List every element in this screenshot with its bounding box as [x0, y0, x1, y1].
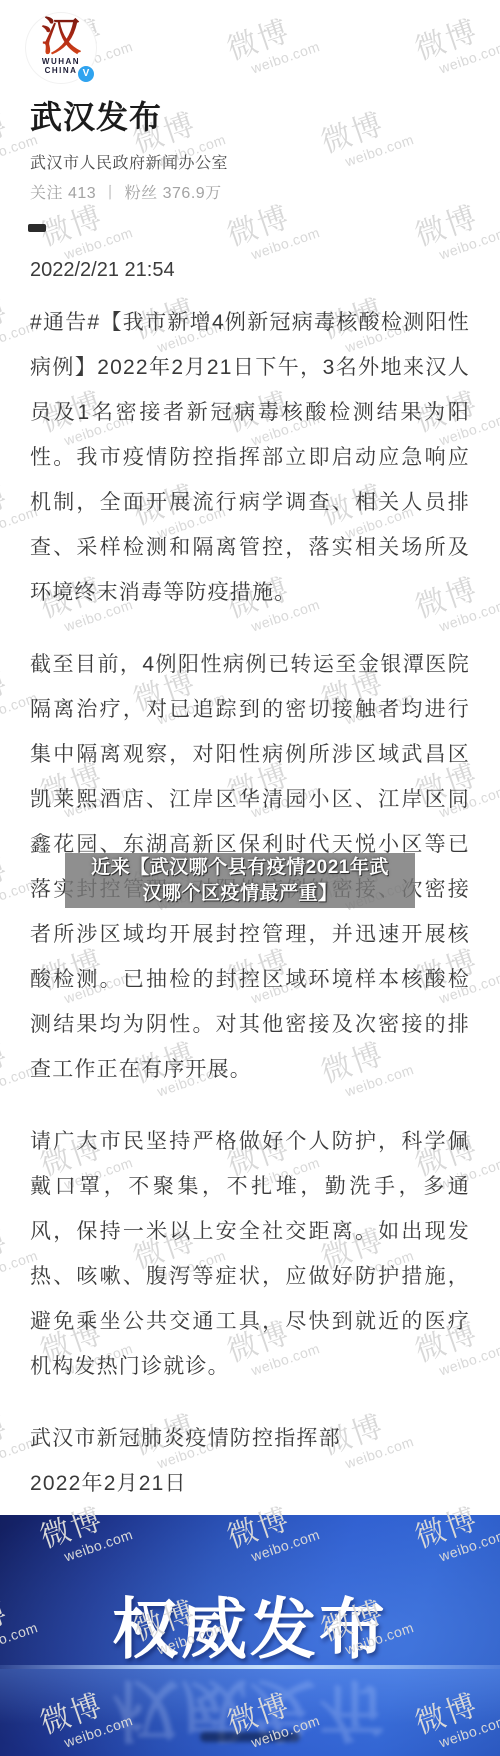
fans-count: 粉丝 376.9万 — [125, 185, 222, 202]
profile-stats: 关注 413丨粉丝 376.9万 — [30, 180, 222, 203]
signature-date: 2022年2月21日 — [30, 1461, 470, 1506]
profile-avatar[interactable]: 汉 WUHAN CHINA V — [26, 13, 96, 83]
article-content: 汉 WUHAN CHINA V 武汉发布 武汉市人民政府新闻办公室 关注 413… — [0, 0, 500, 1756]
overlay-caption-link[interactable]: 近来【武汉哪个县有疫情2021年武 汉哪个区疫情最严重】 — [65, 853, 415, 908]
weibo-article-page: 权威发布 权威发布 微博weibo.com微博weibo.com微博weibo.… — [0, 0, 500, 1756]
profile-description: 武汉市人民政府新闻办公室 — [30, 150, 228, 173]
collapse-dash — [28, 224, 46, 232]
follow-count: 关注 413 — [30, 185, 96, 202]
overlay-caption-line1: 近来【武汉哪个县有疫情2021年武 — [65, 855, 415, 881]
signature-name: 武汉市新冠肺炎疫情防控指挥部 — [30, 1416, 470, 1461]
post-timestamp: 2022/2/21 21:54 — [30, 259, 175, 282]
post-paragraph: 请广大市民坚持严格做好个人防护，科学佩戴口罩，不聚集，不扎堆，勤洗手，多通风，保… — [30, 1119, 470, 1389]
profile-name[interactable]: 武汉发布 — [30, 92, 162, 138]
overlay-caption-line2: 汉哪个区疫情最严重】 — [65, 881, 415, 907]
verified-badge-icon: V — [76, 64, 96, 84]
post-paragraph: #通告#【我市新增4例新冠病毒核酸检测阳性病例】2022年2月21日下午，3名外… — [30, 300, 470, 615]
stats-separator: 丨 — [102, 185, 119, 202]
wuhan-seal-icon: 汉 — [41, 15, 81, 59]
